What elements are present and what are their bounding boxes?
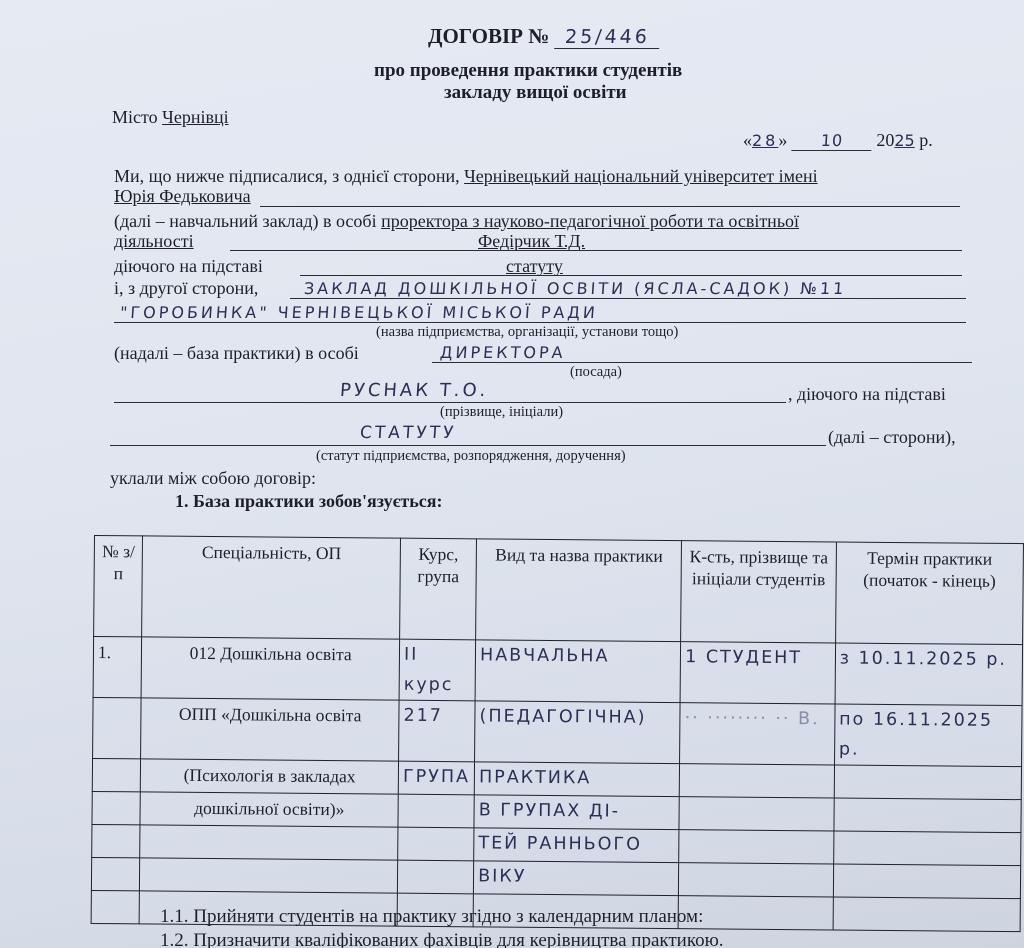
fill-line xyxy=(290,298,966,299)
base-rep-label: (надалі – база практики) в особі xyxy=(114,343,359,364)
cell: ВІКУ xyxy=(474,861,679,896)
header-term: Термін практики (початок - кінець) xyxy=(835,542,1023,645)
cell: ГРУПА xyxy=(398,761,474,795)
table-row: ОПП «Дошкільна освіта 217 (ПЕДАГОГІЧНА) … xyxy=(93,697,1022,766)
cell: (ПЕДАГОГІЧНА) xyxy=(475,701,681,764)
cell xyxy=(93,697,142,758)
org-name-2: "ГОРОБИНКА" ЧЕРНІВЕЦЬКОЇ МІСЬКОЇ РАДИ xyxy=(119,303,598,322)
practice-table: № з/п Спеціальність, ОП Курс, група Вид … xyxy=(91,535,1024,932)
cell: ОПП «Дошкільна освіта xyxy=(141,698,399,761)
cell: ТЕЙ РАННЬОГО xyxy=(474,828,679,863)
cell xyxy=(834,798,1022,833)
base-basis-value: СТАТУТУ xyxy=(359,423,457,443)
cell xyxy=(679,863,834,897)
cell: 217 xyxy=(399,700,476,762)
fill-line xyxy=(300,275,962,276)
position-caption: (посада) xyxy=(570,364,622,381)
date-day: 28 xyxy=(752,131,778,150)
quote-close: » xyxy=(778,130,787,150)
city-label: Місто xyxy=(112,107,158,127)
contract-subtitle-2: закладу вищої освіти xyxy=(444,82,627,104)
fill-line xyxy=(114,402,786,403)
cell: по 16.11.2025 р. xyxy=(834,704,1022,767)
year-prefix: 20 xyxy=(876,130,894,150)
rep-label: (далі – навчальний заклад) в особі xyxy=(114,211,377,231)
header-course: Курс, група xyxy=(400,538,477,640)
cell: ІІ курс xyxy=(399,639,476,701)
cell xyxy=(833,831,1021,866)
contract-title: ДОГОВІР № 25/446 xyxy=(428,24,659,49)
cell xyxy=(397,860,473,894)
clause-1-2: 1.2. Призначити кваліфікованих фахівців … xyxy=(160,930,724,948)
person-caption: (прізвище, ініціали) xyxy=(440,404,563,421)
parties-label: (далі – сторони), xyxy=(828,427,956,448)
party1-intro: Ми, що нижче підписалися, з однієї сторо… xyxy=(114,166,460,186)
section-1-title: 1. База практики зобов'язується: xyxy=(175,491,442,512)
fill-line xyxy=(260,206,960,207)
city-line: Місто Чернівці xyxy=(112,107,229,128)
title-prefix: ДОГОВІР № xyxy=(428,24,549,48)
party1-intro-line: Ми, що нижче підписалися, з однієї сторо… xyxy=(114,166,818,187)
cell xyxy=(834,765,1022,800)
cell xyxy=(679,764,834,798)
table-row: 1. 012 Дошкільна освіта ІІ курс НАВЧАЛЬН… xyxy=(93,637,1022,706)
cell: 1 СТУДЕНТ xyxy=(680,642,835,704)
org-name-1: ЗАКЛАД ДОШКІЛЬНОЇ ОСВІТИ (ЯСЛА-САДОК) №1… xyxy=(303,279,847,298)
cell: 1. xyxy=(93,637,142,698)
base-rep-position: ДИРЕКТОРА xyxy=(439,343,566,362)
fill-line xyxy=(114,322,966,323)
cell xyxy=(92,758,141,791)
rep-position-1: проректора з науково-педагогічної роботи… xyxy=(381,211,799,231)
cell xyxy=(398,794,474,828)
cell xyxy=(92,824,141,857)
contract-number: 25/446 xyxy=(554,26,660,49)
year-mark: р. xyxy=(919,130,933,150)
basis-label: діючого на підставі xyxy=(114,256,263,277)
cell xyxy=(679,830,834,864)
cell: НАВЧАЛЬНА xyxy=(475,640,681,703)
header-students: К-сть, прізвище та ініціали студентів xyxy=(681,541,836,643)
quote-open: « xyxy=(743,130,752,150)
cell: В ГРУПАХ ДІ- xyxy=(474,795,679,830)
basis-value: статуту xyxy=(506,256,563,277)
cell: дошкільної освіти)» xyxy=(140,792,398,827)
basis-caption: (статут підприємства, розпорядження, дор… xyxy=(316,448,626,465)
institution-name-1: Чернівецький національний університет ім… xyxy=(464,166,818,186)
date-month: 10 xyxy=(791,131,872,151)
fill-line xyxy=(432,362,972,363)
header-number: № з/п xyxy=(94,536,143,637)
cell: (Психологія в закладах xyxy=(141,759,399,794)
cell xyxy=(833,864,1021,899)
cell xyxy=(91,857,140,890)
cell xyxy=(140,825,398,860)
base-basis-label: , діючого на підставі xyxy=(788,384,946,405)
cell: з 10.11.2025 р. xyxy=(835,643,1023,706)
cell xyxy=(92,791,141,824)
contract-subtitle-1: про проведення практики студентів xyxy=(374,60,682,82)
city-value: Чернівці xyxy=(162,107,228,127)
fill-line xyxy=(230,250,962,251)
agreement-intro: уклали між собою договір: xyxy=(110,468,316,489)
base-rep-person: РУСНАК Т.О. xyxy=(339,380,489,401)
cell xyxy=(679,797,834,831)
date-year: 25 xyxy=(894,131,914,150)
cell xyxy=(140,858,398,893)
rep-name: Федірчик Т.Д. xyxy=(478,231,585,252)
contract-date: «28» 10 2025 р. xyxy=(743,130,933,151)
cell xyxy=(91,890,140,923)
clause-1-1: 1.1. Прийняти студентів на практику згід… xyxy=(160,906,703,928)
party2-intro: і, з другої сторони, xyxy=(114,278,258,299)
cell xyxy=(833,897,1021,932)
cell: ПРАКТИКА xyxy=(474,762,679,797)
party1-rep-line: (далі – навчальний заклад) в особі проре… xyxy=(114,211,799,232)
header-practice-type: Вид та назва практики xyxy=(476,539,682,642)
institution-name-2: Юрія Федьковича xyxy=(114,186,251,207)
org-caption: (назва підприємства, організації, устано… xyxy=(376,324,678,341)
table-header-row: № з/п Спеціальність, ОП Курс, група Вид … xyxy=(94,536,1024,645)
cell: 012 Дошкільна освіта xyxy=(141,637,399,700)
cell-redacted: ·· ········ ·· В. xyxy=(680,703,835,765)
rep-position-2: діяльності xyxy=(114,231,194,252)
fill-line xyxy=(110,445,826,446)
cell xyxy=(398,827,474,861)
header-specialty: Спеціальність, ОП xyxy=(142,536,401,639)
contract-page: ДОГОВІР № 25/446 про проведення практики… xyxy=(0,0,1024,948)
